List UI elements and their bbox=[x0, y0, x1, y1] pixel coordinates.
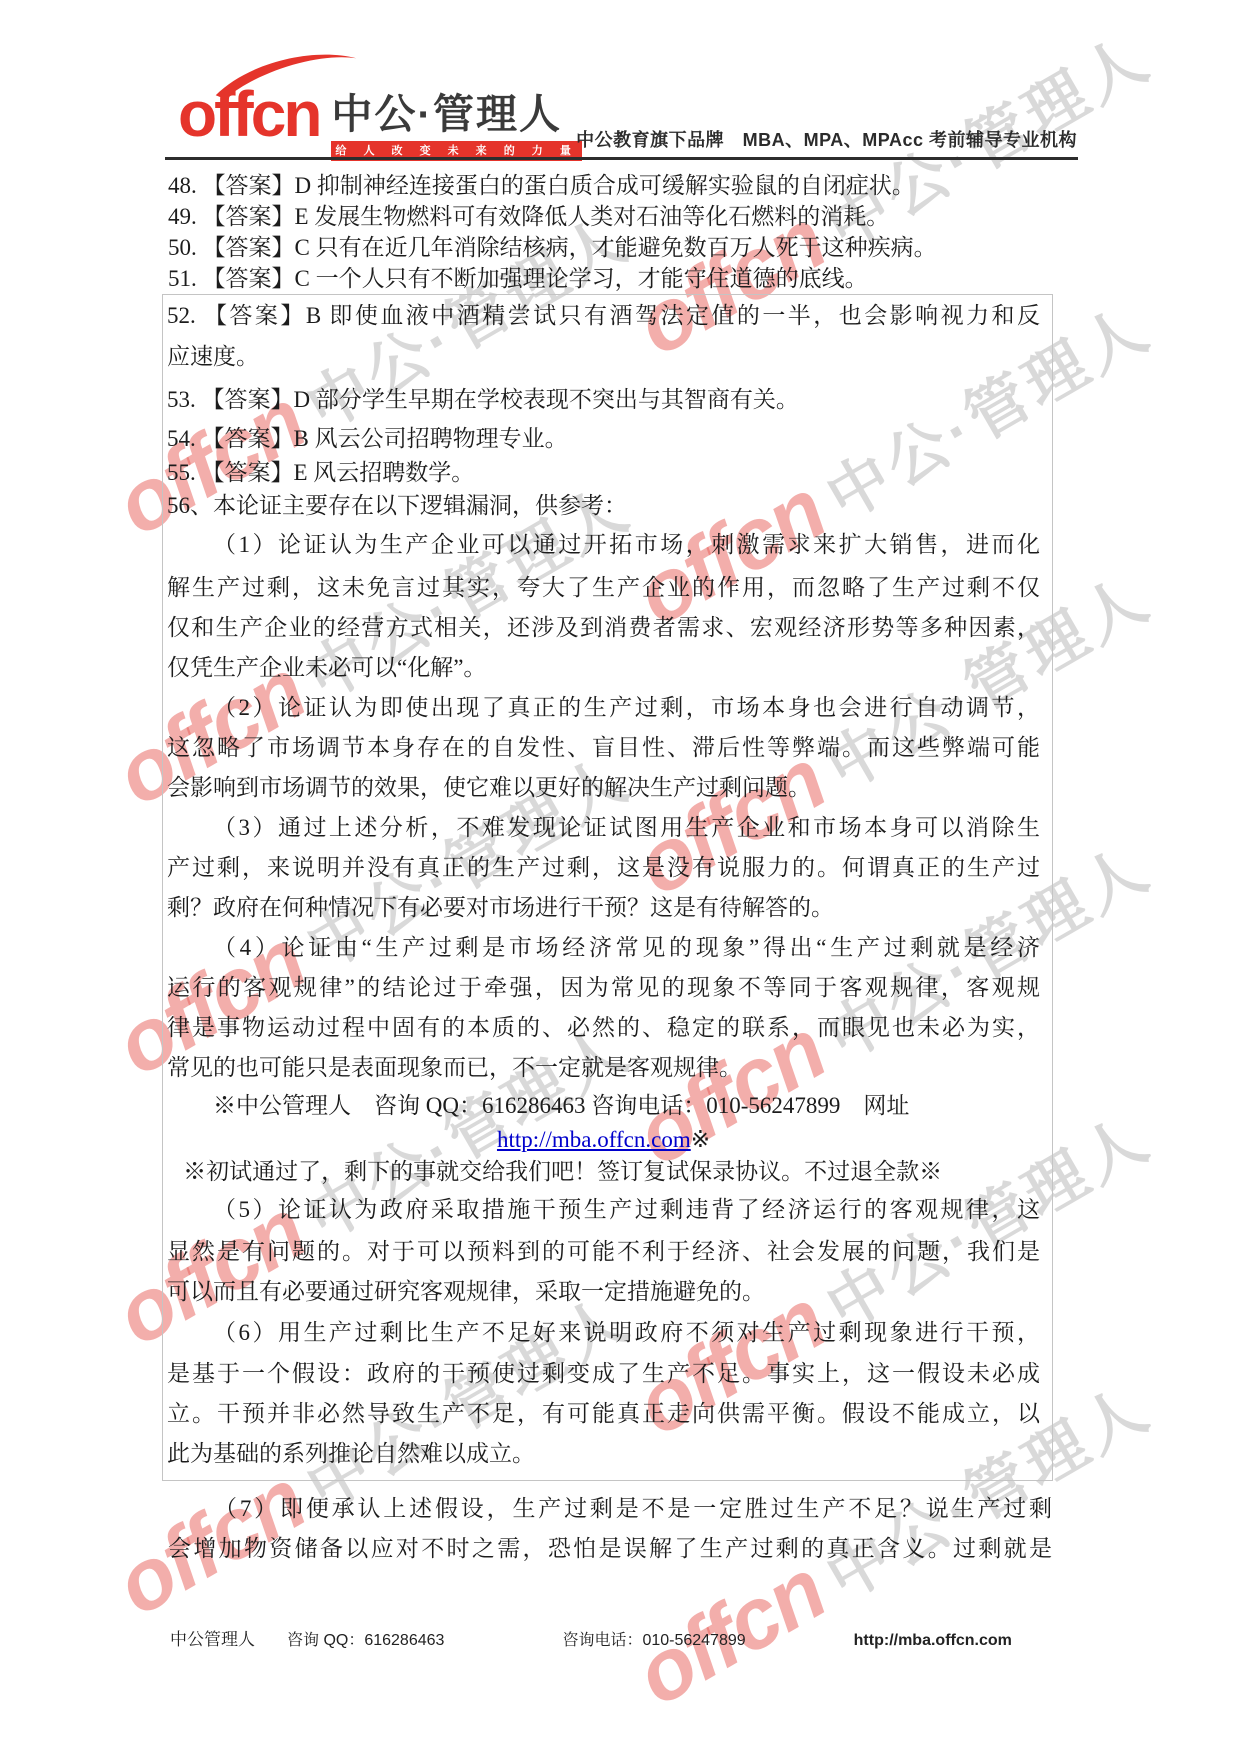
logo-text-block: 中公·管理人 给 人 改 变 未 来 的 力 量 bbox=[331, 70, 581, 161]
offcn-wordmark: offcn bbox=[178, 70, 319, 158]
text-line: 立。干预并非必然导致生产不足，有可能真正走向供需平衡。假设不能成立，以 bbox=[167, 1394, 1040, 1434]
footer-phone: 咨询电话：010-56247899 bbox=[562, 1627, 745, 1650]
answer-line: 49. 【答案】E 发展生物燃料可有效降低人类对石油等化石燃料的消耗。 bbox=[168, 201, 1052, 232]
text-line: 此为基础的系列推论自然难以成立。 bbox=[167, 1434, 1040, 1474]
text-line: 产过剩，来说明并没有真正的生产过剩，这是没有说服力的。何谓真正的生产过 bbox=[167, 848, 1040, 888]
footer-brand: 中公管理人 bbox=[170, 1625, 255, 1650]
footer-url: http://mba.offcn.com bbox=[854, 1632, 1012, 1650]
text-line: （2）论证认为即使出现了真正的生产过剩，市场本身也会进行自动调节， bbox=[167, 688, 1040, 728]
answer-line: 53. 【答案】D 部分学生早期在学校表现不突出与其智商有关。 bbox=[167, 378, 1040, 422]
text-line: （6）用生产过剩比生产不足好来说明政府不须对生产过剩现象进行干预， bbox=[167, 1312, 1040, 1354]
text-line: （5）论证认为政府采取措施干预生产过剩违背了经济运行的客观规律，这 bbox=[167, 1188, 1040, 1232]
text-line: （1）论证认为生产企业可以通过开拓市场，刺激需求来扩大销售，进而化 bbox=[167, 522, 1040, 568]
link-line: http://mba.offcn.com※ bbox=[167, 1124, 1040, 1156]
text-line: （7）即便承认上述假设，生产过剩是不是一定胜过生产不足？说生产过剩 bbox=[168, 1489, 1052, 1529]
text-line: 这忽略了市场调节本身存在的自发性、盲目性、滞后性等弊端。而这些弊端可能 bbox=[167, 728, 1040, 768]
footer-qq: 咨询 QQ：616286463 bbox=[287, 1627, 444, 1650]
text-line: 会增加物资储备以应对不时之需，恐怕是误解了生产过剩的真正含义。过剩就是 bbox=[168, 1529, 1052, 1569]
text-line: 常见的也可能只是表面现象而已，不一定就是客观规律。 bbox=[167, 1048, 1040, 1088]
answer-line: 48. 【答案】D 抑制神经连接蛋白的蛋白质合成可缓解实验鼠的自闭症状。 bbox=[168, 170, 1052, 201]
logo-brand-text: 中公·管理人 bbox=[331, 92, 581, 136]
offcn-logo: offcn 中公·管理人 给 人 改 变 未 来 的 力 量 bbox=[178, 70, 582, 161]
mba-offcn-link[interactable]: http://mba.offcn.com bbox=[497, 1127, 691, 1152]
text-line: 会影响到市场调节的效果，使它难以更好的解决生产过剩问题。 bbox=[167, 768, 1040, 808]
header-tagline: 中公教育旗下品牌 MBA、MPA、MPAcc 考前辅导专业机构 bbox=[576, 126, 1077, 152]
text-line: 是基于一个假设：政府的干预使过剩变成了生产不足。事实上，这一假设未必成 bbox=[167, 1354, 1040, 1394]
answer-line: 51. 【答案】C 一个人只有不断加强理论学习，才能守住道德的底线。 bbox=[168, 263, 1052, 294]
text-line: 解生产过剩，这未免言过其实，夸大了生产企业的作用，而忽略了生产过剩不仅 bbox=[167, 568, 1040, 608]
text-line: （4）论证由“生产过剩是市场经济常见的现象”得出“生产过剩就是经济 bbox=[167, 928, 1040, 968]
header-divider bbox=[165, 157, 1078, 160]
answer-line: 应速度。 bbox=[167, 336, 1040, 378]
logo-swoosh-icon bbox=[212, 48, 360, 100]
answer-line: 56、本论证主要存在以下逻辑漏洞，供参考： bbox=[167, 489, 1040, 522]
page-footer: 中公管理人 咨询 QQ：616286463 咨询电话：010-56247899 … bbox=[170, 1625, 1012, 1650]
contact-line: ※中公管理人 咨询 QQ：616286463 咨询电话：010-56247899… bbox=[167, 1088, 1040, 1124]
answer-line: 54. 【答案】B 风云公司招聘物理专业。 bbox=[167, 422, 1040, 456]
text-line: 律是事物运动过程中固有的本质的、必然的、稳定的联系，而眼见也未必为实， bbox=[167, 1008, 1040, 1048]
text-line: 运行的客观规律”的结论过于牵强，因为常见的现象不等同于客观规律，客观规 bbox=[167, 968, 1040, 1008]
answer-line: 52. 【答案】B 即使血液中酒精尝试只有酒驾法定值的一半，也会影响视力和反 bbox=[167, 296, 1040, 336]
link-suffix: ※ bbox=[691, 1127, 710, 1152]
promo-line: ※初试通过了，剩下的事就交给我们吧！签订复试保录协议。不过退全款※ bbox=[167, 1156, 1040, 1188]
text-line: 可以而且有必要通过研究客观规律，采取一定措施避免的。 bbox=[167, 1272, 1040, 1312]
answer-line: 55. 【答案】E 风云招聘数学。 bbox=[167, 456, 1040, 489]
answer-line: 50. 【答案】C 只有在近几年消除结核病，才能避免数百万人死于这种疾病。 bbox=[168, 232, 1052, 263]
text-line: 显然是有问题的。对于可以预料到的可能不利于经济、社会发展的问题，我们是 bbox=[167, 1232, 1040, 1272]
content-box: 52. 【答案】B 即使血液中酒精尝试只有酒驾法定值的一半，也会影响视力和反 应… bbox=[162, 294, 1053, 1481]
answer-content: 48. 【答案】D 抑制神经连接蛋白的蛋白质合成可缓解实验鼠的自闭症状。 49.… bbox=[168, 170, 1052, 1569]
text-line: 仅凭生产企业未必可以“化解”。 bbox=[167, 648, 1040, 688]
text-line: 仅和生产企业的经营方式相关，还涉及到消费者需求、宏观经济形势等多种因素， bbox=[167, 608, 1040, 648]
document-page: offcn中公·管理人 offcn中公·管理人 offcn中公·管理人 offc… bbox=[0, 0, 1241, 1754]
text-line: 剩？政府在何种情况下有必要对市场进行干预？这是有待解答的。 bbox=[167, 888, 1040, 928]
text-line: （3）通过上述分析，不难发现论证试图用生产企业和市场本身可以消除生 bbox=[167, 808, 1040, 848]
